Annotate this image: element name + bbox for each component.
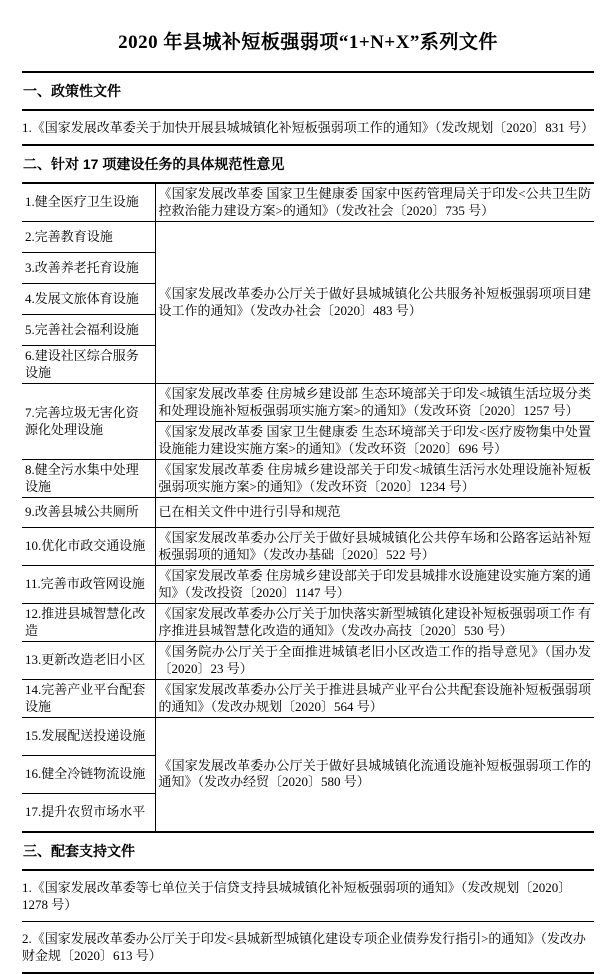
doc-cell: 《国家发展改革委办公厅关于推进县城产业平台公共配套设施补短板强弱项的通知》（发改…: [155, 680, 594, 718]
section3-item-1: 1.《国家发展改革委等七单位关于信贷支持县城城镇化补短板强弱项的通知》（发改规划…: [22, 871, 594, 921]
doc-cell: 已在相关文件中进行引导和规范: [155, 498, 594, 528]
task-cell: 6.建设社区综合服务设施: [22, 346, 155, 384]
task-cell: 7.完善垃圾无害化资源化处理设施: [22, 384, 155, 460]
task-cell: 5.完善社会福利设施: [22, 315, 155, 346]
task-cell: 13.更新改造老旧小区: [22, 642, 155, 680]
task-cell: 10.优化市政交通设施: [22, 528, 155, 566]
task-cell: 9.改善县城公共厕所: [22, 498, 155, 528]
tasks-table: 1.健全医疗卫生设施 《国家发展改革委 国家卫生健康委 国家中医药管理局关于印发…: [22, 182, 594, 833]
section1-heading: 一、政策性文件: [22, 73, 594, 109]
table-row: 1.健全医疗卫生设施 《国家发展改革委 国家卫生健康委 国家中医药管理局关于印发…: [22, 183, 594, 222]
doc-cell: 《国家发展改革委 国家卫生健康委 生态环境部关于印发<医疗废物集中处置设施能力建…: [155, 422, 594, 460]
task-cell: 12.推进县城智慧化改造: [22, 604, 155, 642]
table-row: 12.推进县城智慧化改造 《国家发展改革委办公厅关于加快落实新型城镇化建设补短板…: [22, 604, 594, 642]
doc-cell: 《国家发展改革委 住房城乡建设部关于印发县城排水设施建设实施方案的通知》（发改投…: [155, 566, 594, 604]
doc-cell: 《国家发展改革委 住房城乡建设部 生态环境部关于印发<城镇生活垃圾分类和处理设施…: [155, 384, 594, 422]
section2-heading: 二、针对 17 项建设任务的具体规范性意见: [22, 146, 594, 182]
table-row: 9.改善县城公共厕所 已在相关文件中进行引导和规范: [22, 498, 594, 528]
page-title: 2020 年县城补短板强弱项“1+N+X”系列文件: [22, 27, 594, 54]
task-cell: 4.发展文旅体育设施: [22, 284, 155, 315]
task-cell: 8.健全污水集中处理设施: [22, 460, 155, 498]
doc-cell: 《国家发展改革委办公厅关于加快落实新型城镇化建设补短板强弱项工作 有序推进县城智…: [155, 604, 594, 642]
table-row: 7.完善垃圾无害化资源化处理设施 《国家发展改革委 住房城乡建设部 生态环境部关…: [22, 384, 594, 422]
table-row: 8.健全污水集中处理设施 《国家发展改革委 住房城乡建设部关于印发<城镇生活污水…: [22, 460, 594, 498]
task-cell: 11.完善市政管网设施: [22, 566, 155, 604]
table-row: 2.完善教育设施 《国家发展改革委办公厅关于做好县城城镇化公共服务补短板强弱项项…: [22, 222, 594, 253]
table-row: 14.完善产业平台配套设施 《国家发展改革委办公厅关于推进县城产业平台公共配套设…: [22, 680, 594, 718]
doc-cell: 《国务院办公厅关于全面推进城镇老旧小区改造工作的指导意见》（国办发〔2020〕2…: [155, 642, 594, 680]
section3-item-2: 2.《国家发展改革委办公厅关于印发<县城新型城镇化建设专项企业债券发行指引>的通…: [22, 922, 594, 972]
task-cell: 17.提升农贸市场水平: [22, 794, 155, 832]
doc-cell-merged-15-17: 《国家发展改革委办公厅关于做好县城城镇化流通设施补短板强弱项工作的通知》（发改办…: [155, 718, 594, 832]
doc-cell: 《国家发展改革委办公厅关于做好县城城镇化公共停车场和公路客运站补短板强弱项的通知…: [155, 528, 594, 566]
table-row: 15.发展配送投递设施 《国家发展改革委办公厅关于做好县城城镇化流通设施补短板强…: [22, 718, 594, 756]
task-cell: 15.发展配送投递设施: [22, 718, 155, 756]
document-page: 2020 年县城补短板强弱项“1+N+X”系列文件 一、政策性文件 1.《国家发…: [0, 0, 616, 974]
table-row: 11.完善市政管网设施 《国家发展改革委 住房城乡建设部关于印发县城排水设施建设…: [22, 566, 594, 604]
task-cell: 16.健全冷链物流设施: [22, 756, 155, 794]
task-cell: 14.完善产业平台配套设施: [22, 680, 155, 718]
doc-cell: 《国家发展改革委 住房城乡建设部关于印发<城镇生活污水处理设施补短板强弱项实施方…: [155, 460, 594, 498]
section3-bottom-rule: [22, 972, 594, 974]
table-row: 13.更新改造老旧小区 《国务院办公厅关于全面推进城镇老旧小区改造工作的指导意见…: [22, 642, 594, 680]
task-cell: 3.改善养老托育设施: [22, 253, 155, 284]
doc-cell: 《国家发展改革委 国家卫生健康委 国家中医药管理局关于印发<公共卫生防控救治能力…: [155, 183, 594, 222]
task-cell: 1.健全医疗卫生设施: [22, 183, 155, 222]
section1-item-1: 1.《国家发展改革委关于加快开展县城城镇化补短板强弱项工作的通知》（发改规划〔2…: [22, 111, 594, 144]
task-cell: 2.完善教育设施: [22, 222, 155, 253]
section3-heading: 三、配套支持文件: [22, 833, 594, 869]
table-row: 10.优化市政交通设施 《国家发展改革委办公厅关于做好县城城镇化公共停车场和公路…: [22, 528, 594, 566]
doc-cell-merged-2-6: 《国家发展改革委办公厅关于做好县城城镇化公共服务补短板强弱项项目建设工作的通知》…: [155, 222, 594, 384]
